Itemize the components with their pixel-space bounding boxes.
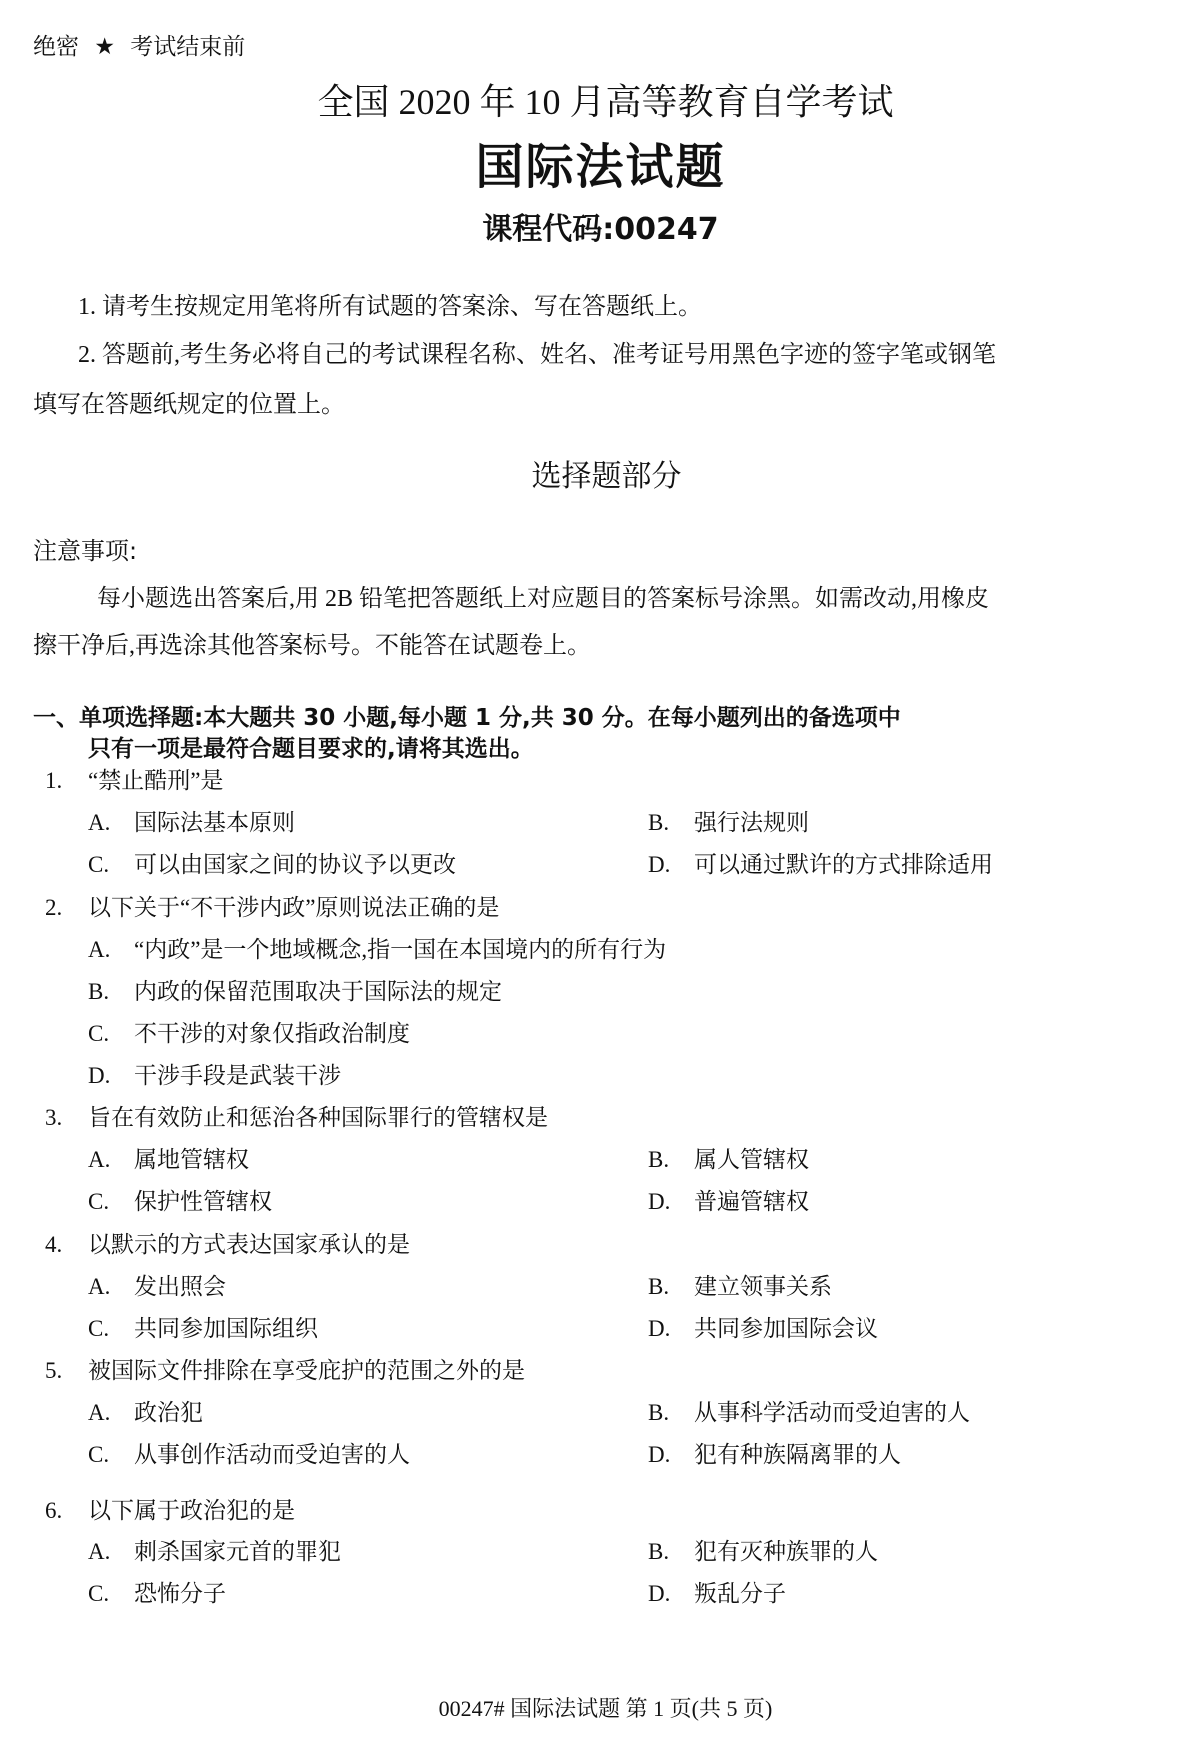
- option-text: “内政”是一个地域概念,指一国在本国境内的所有行为: [134, 937, 666, 962]
- option-text: 国际法基本原则: [134, 810, 295, 835]
- option-letter: D.: [648, 1314, 694, 1344]
- option-letter: C.: [88, 850, 134, 880]
- option-text: 干涉手段是武装干涉: [134, 1063, 341, 1088]
- option-text: 共同参加国际会议: [694, 1316, 878, 1341]
- question-stem: 被国际文件排除在享受庇护的范围之外的是: [88, 1358, 525, 1383]
- notice-label: 注意事项:: [33, 536, 137, 566]
- option-text: 不干涉的对象仅指政治制度: [134, 1021, 410, 1046]
- option-letter: B.: [88, 977, 134, 1007]
- question-number: 3.: [45, 1103, 88, 1133]
- option-text: 恐怖分子: [134, 1581, 226, 1606]
- notice-line-2: 擦干净后,再选涂其他答案标号。不能答在试题卷上。: [33, 631, 591, 661]
- option-letter: D.: [648, 1187, 694, 1217]
- q2-option-c: C.不干涉的对象仅指政治制度: [88, 1019, 410, 1049]
- question-number: 1.: [45, 766, 88, 796]
- q3-option-d: D.普遍管辖权: [648, 1187, 809, 1217]
- option-letter: C.: [88, 1440, 134, 1470]
- option-text: 属地管辖权: [134, 1147, 249, 1172]
- question-6: 6.以下属于政治犯的是: [45, 1496, 295, 1526]
- option-text: 刺杀国家元首的罪犯: [134, 1539, 341, 1564]
- option-text: 发出照会: [134, 1274, 226, 1299]
- option-letter: C.: [88, 1187, 134, 1217]
- q2-option-d: D.干涉手段是武装干涉: [88, 1061, 341, 1091]
- question-stem: 以下关于“不干涉内政”原则说法正确的是: [88, 895, 499, 920]
- secret-label: 绝密: [33, 34, 79, 60]
- option-text: 共同参加国际组织: [134, 1316, 318, 1341]
- question-number: 2.: [45, 893, 88, 923]
- option-text: 建立领事关系: [694, 1274, 832, 1299]
- exam-title: 全国 2020 年 10 月高等教育自学考试: [0, 80, 1201, 124]
- option-text: 政治犯: [134, 1400, 203, 1425]
- q6-option-d: D.叛乱分子: [648, 1579, 786, 1609]
- question-number: 5.: [45, 1356, 88, 1386]
- q6-option-a: A.刺杀国家元首的罪犯: [88, 1537, 341, 1567]
- instruction-2: 2. 答题前,考生务必将自己的考试课程名称、姓名、准考证号用黑色字迹的签字笔或钢…: [78, 340, 996, 370]
- option-letter: A.: [88, 808, 134, 838]
- option-letter: B.: [648, 1398, 694, 1428]
- q4-option-b: B.建立领事关系: [648, 1272, 832, 1302]
- confidential-header: 绝密 ★ 考试结束前: [33, 32, 245, 62]
- q2-option-b: B.内政的保留范围取决于国际法的规定: [88, 977, 502, 1007]
- option-letter: B.: [648, 808, 694, 838]
- section-title-line-1: 一、单项选择题:本大题共 30 小题,每小题 1 分,共 30 分。在每小题列出…: [33, 703, 901, 733]
- star-icon: ★: [94, 34, 115, 60]
- q1-option-c: C.可以由国家之间的协议予以更改: [88, 850, 456, 880]
- q1-option-d: D.可以通过默许的方式排除适用: [648, 850, 993, 880]
- option-text: 保护性管辖权: [134, 1189, 272, 1214]
- q2-option-a: A.“内政”是一个地域概念,指一国在本国境内的所有行为: [88, 935, 666, 965]
- question-stem: 旨在有效防止和惩治各种国际罪行的管辖权是: [88, 1105, 548, 1130]
- q4-option-c: C.共同参加国际组织: [88, 1314, 318, 1344]
- q5-option-c: C.从事创作活动而受迫害的人: [88, 1440, 410, 1470]
- option-letter: A.: [88, 1398, 134, 1428]
- option-letter: B.: [648, 1145, 694, 1175]
- question-5: 5.被国际文件排除在享受庇护的范围之外的是: [45, 1356, 525, 1386]
- option-letter: D.: [648, 850, 694, 880]
- question-stem: “禁止酷刑”是: [88, 768, 223, 793]
- notice-line-1: 每小题选出答案后,用 2B 铅笔把答题纸上对应题目的答案标号涂黑。如需改动,用橡…: [97, 584, 989, 614]
- question-stem: 以下属于政治犯的是: [88, 1498, 295, 1523]
- q4-option-d: D.共同参加国际会议: [648, 1314, 878, 1344]
- option-letter: A.: [88, 1537, 134, 1567]
- option-letter: A.: [88, 1272, 134, 1302]
- question-4: 4.以默示的方式表达国家承认的是: [45, 1230, 410, 1260]
- q4-option-a: A.发出照会: [88, 1272, 226, 1302]
- option-text: 叛乱分子: [694, 1581, 786, 1606]
- secret-note: 考试结束前: [130, 34, 245, 60]
- option-letter: C.: [88, 1579, 134, 1609]
- option-letter: D.: [88, 1061, 134, 1091]
- option-letter: D.: [648, 1440, 694, 1470]
- question-stem: 以默示的方式表达国家承认的是: [88, 1232, 410, 1257]
- question-1: 1.“禁止酷刑”是: [45, 766, 223, 796]
- question-3: 3.旨在有效防止和惩治各种国际罪行的管辖权是: [45, 1103, 548, 1133]
- q3-option-c: C.保护性管辖权: [88, 1187, 272, 1217]
- option-text: 犯有种族隔离罪的人: [694, 1442, 901, 1467]
- option-letter: B.: [648, 1537, 694, 1567]
- option-letter: B.: [648, 1272, 694, 1302]
- q5-option-a: A.政治犯: [88, 1398, 203, 1428]
- q3-option-b: B.属人管辖权: [648, 1145, 809, 1175]
- question-number: 4.: [45, 1230, 88, 1260]
- q1-option-b: B.强行法规则: [648, 808, 809, 838]
- option-letter: C.: [88, 1314, 134, 1344]
- option-text: 普遍管辖权: [694, 1189, 809, 1214]
- option-text: 可以通过默许的方式排除适用: [694, 852, 993, 877]
- option-letter: A.: [88, 1145, 134, 1175]
- instruction-2-continued: 填写在答题纸规定的位置上。: [33, 390, 345, 420]
- q3-option-a: A.属地管辖权: [88, 1145, 249, 1175]
- part-heading: 选择题部分: [0, 458, 1201, 496]
- option-text: 可以由国家之间的协议予以更改: [134, 852, 456, 877]
- option-text: 内政的保留范围取决于国际法的规定: [134, 979, 502, 1004]
- option-text: 从事创作活动而受迫害的人: [134, 1442, 410, 1467]
- q6-option-c: C.恐怖分子: [88, 1579, 226, 1609]
- option-letter: C.: [88, 1019, 134, 1049]
- option-text: 从事科学活动而受迫害的人: [694, 1400, 970, 1425]
- q5-option-b: B.从事科学活动而受迫害的人: [648, 1398, 970, 1428]
- question-number: 6.: [45, 1496, 88, 1526]
- option-letter: A.: [88, 935, 134, 965]
- course-code: 课程代码:00247: [0, 210, 1201, 250]
- option-text: 犯有灭种族罪的人: [694, 1539, 878, 1564]
- instruction-1: 1. 请考生按规定用笔将所有试题的答案涂、写在答题纸上。: [78, 292, 702, 322]
- option-letter: D.: [648, 1579, 694, 1609]
- option-text: 属人管辖权: [694, 1147, 809, 1172]
- paper-title: 国际法试题: [0, 138, 1201, 196]
- q1-option-a: A.国际法基本原则: [88, 808, 295, 838]
- option-text: 强行法规则: [694, 810, 809, 835]
- question-2: 2.以下关于“不干涉内政”原则说法正确的是: [45, 893, 499, 923]
- section-title-line-2: 只有一项是最符合题目要求的,请将其选出。: [88, 734, 534, 764]
- q6-option-b: B.犯有灭种族罪的人: [648, 1537, 878, 1567]
- q5-option-d: D.犯有种族隔离罪的人: [648, 1440, 901, 1470]
- page-footer: 00247# 国际法试题 第 1 页(共 5 页): [0, 1694, 1201, 1724]
